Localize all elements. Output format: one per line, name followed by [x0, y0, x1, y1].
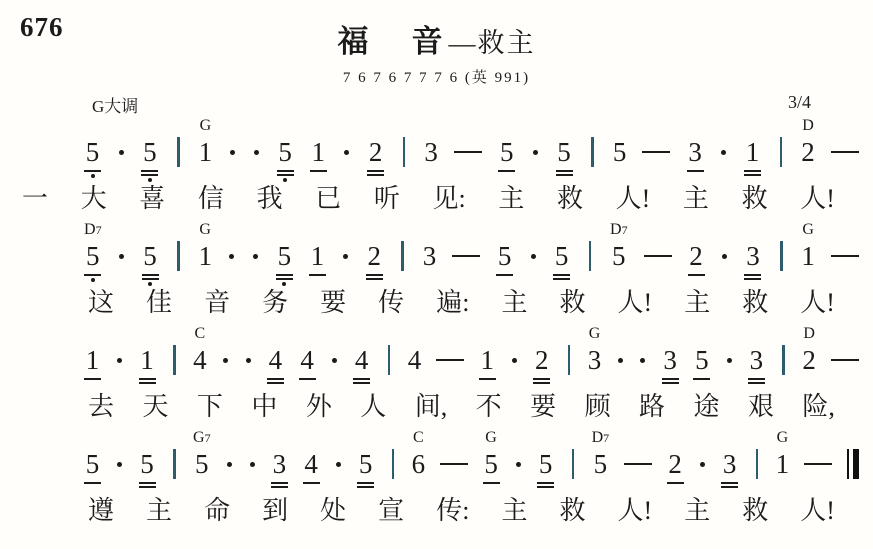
chord-label: G — [802, 220, 814, 240]
duration-underline — [556, 174, 573, 176]
lyric-syllable: 主 — [683, 182, 709, 216]
note-digit: 3 — [273, 451, 287, 478]
note-digit: 1 — [86, 347, 100, 374]
extension-dash — [831, 220, 859, 286]
lyric-syllable: 务 — [262, 286, 288, 320]
chord-label: G — [199, 220, 211, 240]
extension-dash — [440, 428, 468, 494]
barline — [399, 220, 407, 286]
note: C6 — [412, 428, 426, 494]
augmentation-dot — [244, 324, 252, 390]
duration-underline — [662, 382, 679, 384]
note: 5 — [139, 428, 156, 494]
duration-underline — [271, 482, 288, 484]
note: G1 — [198, 220, 212, 286]
note-digit: 1 — [746, 139, 760, 166]
note: 1 — [84, 324, 101, 390]
duration-underline — [367, 174, 384, 176]
barline — [753, 428, 761, 494]
note: 1 — [479, 324, 496, 390]
note-digit: 5 — [484, 451, 498, 478]
duration-underline — [667, 482, 684, 484]
note: 5 — [357, 428, 374, 494]
barline — [586, 220, 594, 286]
lyric-syllable: 救 — [557, 182, 583, 216]
augmentation-dot — [514, 428, 522, 494]
note: 4 — [353, 324, 370, 390]
note: D75 — [610, 220, 628, 286]
note: 1 — [310, 116, 327, 182]
note: 5 — [498, 116, 515, 182]
duration-underline — [142, 278, 159, 280]
lyric-syllable: 主 — [501, 494, 527, 528]
lyric-syllable: 主 — [146, 494, 172, 528]
duration-underline — [267, 378, 284, 380]
duration-underline — [141, 174, 158, 176]
lyric-syllable: 救 — [559, 286, 585, 320]
score: 55G1512355531D2 一大喜信我已听见:主救人!主救人! D755G1… — [0, 116, 873, 532]
barline — [170, 428, 178, 494]
lyric-syllable: 要 — [530, 390, 556, 424]
duration-underline — [744, 278, 761, 280]
hymn-page: 676 福 音—救主 7 6 7 6 7 7 7 6 (英 991) G大调 3… — [0, 0, 873, 549]
duration-underline — [553, 274, 570, 276]
note-digit: 1 — [480, 347, 494, 374]
lyric-syllable: 顾 — [585, 390, 611, 424]
note: 3 — [687, 116, 704, 182]
note-digit: 2 — [535, 347, 549, 374]
note-digit: 5 — [86, 243, 100, 270]
lyric-syllable: 命 — [204, 494, 230, 528]
note: 5 — [277, 116, 294, 182]
note-digit: 3 — [423, 243, 437, 270]
duration-underline — [139, 482, 156, 484]
lyrics-line-1: 一大喜信我已听见:主救人!主救人! — [0, 182, 873, 220]
duration-underline — [139, 382, 156, 384]
music-line-4: 55G75345C6G55D7523G1 — [0, 428, 873, 494]
note: 5 — [556, 116, 573, 182]
barline — [780, 324, 788, 390]
lyric-syllable: 喜 — [139, 182, 165, 216]
duration-underline — [479, 378, 496, 380]
note: 3 — [748, 324, 765, 390]
extension-dash — [642, 116, 670, 182]
music-line-3: 11C4444412G3353D2 — [0, 324, 873, 390]
duration-underline — [303, 482, 320, 484]
note: 5 — [496, 220, 513, 286]
augmentation-dot — [228, 116, 236, 182]
final-barline — [847, 428, 859, 494]
lyric-syllable: 救 — [742, 286, 768, 320]
lyrics-line-2: 这佳音务要传遍:主救人!主救人! — [0, 286, 873, 324]
duration-underline — [553, 278, 570, 280]
note-digit: 5 — [195, 451, 209, 478]
augmentation-dot — [221, 324, 229, 390]
note: G1 — [776, 428, 790, 494]
duration-underline — [367, 170, 384, 172]
lyric-syllable: 救 — [742, 494, 768, 528]
chord-label: G — [200, 116, 212, 136]
note: 3 — [662, 324, 679, 390]
lyric-syllable: 人! — [800, 182, 835, 216]
lyric-syllable: 这 — [88, 286, 114, 320]
note: 3 — [721, 428, 738, 494]
duration-underline — [353, 378, 370, 380]
barline — [565, 324, 573, 390]
augmentation-dot — [116, 324, 124, 390]
note: 1 — [309, 220, 326, 286]
chord-label: D — [802, 116, 814, 136]
lyric-syllable: 已 — [315, 182, 341, 216]
augmentation-dot — [343, 116, 351, 182]
note: G75 — [193, 428, 211, 494]
duration-underline — [277, 170, 294, 172]
duration-underline — [142, 274, 159, 276]
chord-label: C — [413, 428, 424, 448]
note-digit: 2 — [802, 347, 816, 374]
augmentation-dot — [720, 220, 728, 286]
lyric-syllable: 遍: — [436, 286, 469, 320]
note-digit: 3 — [750, 347, 764, 374]
duration-underline — [744, 174, 761, 176]
note: G1 — [801, 220, 815, 286]
duration-underline — [687, 170, 704, 172]
lyric-syllable: 中 — [251, 390, 277, 424]
meter-numbers: 7 6 7 6 7 7 7 6 (英 991) — [0, 66, 873, 90]
note-digit: 5 — [500, 139, 514, 166]
note-digit: 1 — [198, 243, 212, 270]
duration-underline — [366, 274, 383, 276]
note: 5 — [537, 428, 554, 494]
chord-label: G7 — [193, 428, 211, 448]
duration-underline — [84, 170, 101, 172]
augmentation-dot — [510, 324, 518, 390]
extension-dash — [804, 428, 832, 494]
duration-underline — [84, 378, 101, 380]
augmentation-dot — [698, 428, 706, 494]
extension-dash — [452, 220, 480, 286]
lyric-syllable: 人! — [618, 286, 653, 320]
lyric-syllable: 主 — [498, 182, 524, 216]
hymn-number: 676 — [20, 12, 64, 43]
note-digit: 5 — [557, 139, 571, 166]
note-digit: 5 — [278, 139, 292, 166]
lyric-syllable: 人! — [616, 182, 651, 216]
extension-dash — [644, 220, 672, 286]
note: D75 — [84, 220, 102, 286]
note-digit: 5 — [143, 139, 157, 166]
augmentation-dot — [342, 220, 350, 286]
chord-label: G — [589, 324, 601, 344]
note-digit: 5 — [359, 451, 373, 478]
hymn-title-subtitle: —救主 — [449, 28, 536, 58]
lyric-syllable: 要 — [320, 286, 346, 320]
lyric-syllable: 主 — [684, 286, 710, 320]
note: D2 — [802, 324, 816, 390]
low-octave-dot — [91, 278, 95, 282]
lyric-syllable: 主 — [684, 494, 710, 528]
duration-underline — [744, 274, 761, 276]
note-digit: 3 — [663, 347, 677, 374]
note-digit: 4 — [269, 347, 283, 374]
lyric-syllable: 不 — [476, 390, 502, 424]
duration-underline — [496, 274, 513, 276]
note: 4 — [299, 324, 316, 390]
header: 676 福 音—救主 — [0, 10, 873, 58]
extension-dash — [436, 324, 464, 390]
chord-label: D — [803, 324, 815, 344]
lyric-syllable: 途 — [693, 390, 719, 424]
lyric-syllable: 去 — [88, 390, 114, 424]
augmentation-dot — [252, 116, 260, 182]
lyric-syllable: 宣 — [378, 494, 404, 528]
lyric-syllable: 大 — [81, 182, 107, 216]
lyric-syllable: 外 — [306, 390, 332, 424]
note-digit: 2 — [369, 139, 383, 166]
note-digit: 5 — [594, 451, 608, 478]
note: D2 — [801, 116, 815, 182]
augmentation-dot — [116, 428, 124, 494]
lyric-syllable: 到 — [262, 494, 288, 528]
note: 5 — [84, 428, 101, 494]
note-digit: 5 — [539, 451, 553, 478]
duration-underline — [276, 278, 293, 280]
note: 5 — [693, 324, 710, 390]
note-digit: 3 — [424, 139, 438, 166]
lyric-syllable: 一 — [22, 182, 48, 216]
duration-underline — [748, 378, 765, 380]
duration-underline — [662, 378, 679, 380]
barline — [174, 116, 182, 182]
note: G1 — [199, 116, 213, 182]
barline — [569, 428, 577, 494]
duration-underline — [84, 274, 101, 276]
augmentation-dot — [118, 220, 126, 286]
barline — [400, 116, 408, 182]
duration-underline — [299, 378, 316, 380]
lyric-syllable: 人! — [800, 286, 835, 320]
duration-underline — [537, 482, 554, 484]
augmentation-dot — [720, 116, 728, 182]
note: 3 — [744, 220, 761, 286]
duration-underline — [721, 486, 738, 488]
chord-label: D7 — [610, 220, 628, 240]
duration-underline — [533, 382, 550, 384]
duration-underline — [84, 482, 101, 484]
note: G5 — [483, 428, 500, 494]
lyrics-line-3: 去天下中外人间,不要顾路途艰险, — [0, 390, 873, 428]
extension-dash — [831, 116, 859, 182]
key-signature: G大调 — [92, 92, 138, 117]
note: 5 — [141, 116, 158, 182]
lyric-syllable: 人! — [618, 494, 653, 528]
note: 2 — [688, 220, 705, 286]
lyric-syllable: 传 — [378, 286, 404, 320]
lyric-syllable: 听 — [374, 182, 400, 216]
note-digit: 5 — [498, 243, 512, 270]
note-digit: 5 — [555, 243, 569, 270]
lyric-syllable: 遵 — [88, 494, 114, 528]
note-digit: 4 — [300, 347, 314, 374]
duration-underline — [366, 278, 383, 280]
note-digit: 5 — [695, 347, 709, 374]
augmentation-dot — [639, 324, 647, 390]
duration-underline — [353, 382, 370, 384]
note-digit: 5 — [613, 139, 627, 166]
chord-label: D7 — [592, 428, 610, 448]
note: 5 — [84, 116, 101, 182]
extension-dash — [831, 324, 859, 390]
lyric-syllable: 信 — [198, 182, 224, 216]
lyric-syllable: 人! — [800, 494, 835, 528]
music-line-1: 55G1512355531D2 — [0, 116, 873, 182]
note: G3 — [588, 324, 602, 390]
lyric-syllable: 我 — [257, 182, 283, 216]
augmentation-dot — [248, 428, 256, 494]
note: 5 — [142, 220, 159, 286]
duration-underline — [748, 382, 765, 384]
note: 4 — [267, 324, 284, 390]
duration-underline — [498, 170, 515, 172]
lyric-syllable: 险, — [802, 390, 835, 424]
chord-label: D7 — [84, 220, 102, 240]
note-digit: 1 — [311, 243, 325, 270]
lyric-syllable: 主 — [501, 286, 527, 320]
barline — [589, 116, 597, 182]
barline — [389, 428, 397, 494]
lyrics-line-4: 遵主命到处宣传:主救人!主救人! — [0, 494, 873, 532]
barline — [170, 324, 178, 390]
note-digit: 5 — [143, 243, 157, 270]
duration-underline — [721, 482, 738, 484]
duration-underline — [139, 486, 156, 488]
low-octave-dot — [91, 174, 95, 178]
augmentation-dot — [531, 116, 539, 182]
note-digit: 2 — [668, 451, 682, 478]
extension-dash — [454, 116, 482, 182]
note-digit: 1 — [199, 139, 213, 166]
time-signature: 3/4 — [788, 92, 811, 113]
low-octave-dot — [283, 178, 287, 182]
augmentation-dot — [725, 324, 733, 390]
note: 2 — [366, 220, 383, 286]
note-digit: 6 — [412, 451, 426, 478]
note: 5 — [553, 220, 570, 286]
note: 4 — [408, 324, 422, 390]
lyric-syllable: 下 — [197, 390, 223, 424]
note: 3 — [423, 220, 437, 286]
note-digit: 4 — [355, 347, 369, 374]
duration-underline — [271, 486, 288, 488]
note: 1 — [744, 116, 761, 182]
duration-underline — [357, 482, 374, 484]
duration-underline — [744, 170, 761, 172]
note: D75 — [592, 428, 610, 494]
lyric-syllable: 处 — [320, 494, 346, 528]
note: 2 — [667, 428, 684, 494]
note: 3 — [424, 116, 438, 182]
barline — [174, 220, 182, 286]
extension-dash — [624, 428, 652, 494]
lyric-syllable: 传: — [436, 494, 469, 528]
note-digit: 1 — [312, 139, 326, 166]
duration-underline — [310, 170, 327, 172]
chord-label: G — [485, 428, 497, 448]
lyric-syllable: 人 — [360, 390, 386, 424]
note-digit: 5 — [278, 243, 292, 270]
duration-underline — [537, 486, 554, 488]
note: 2 — [367, 116, 384, 182]
duration-underline — [277, 174, 294, 176]
note-digit: 2 — [368, 243, 382, 270]
augmentation-dot — [252, 220, 260, 286]
note-digit: 1 — [801, 243, 815, 270]
note: 5 — [613, 116, 627, 182]
lyric-syllable: 救 — [742, 182, 768, 216]
lyric-syllable: 音 — [204, 286, 230, 320]
note-digit: 1 — [140, 347, 154, 374]
duration-underline — [276, 274, 293, 276]
duration-underline — [139, 378, 156, 380]
note: 4 — [303, 428, 320, 494]
chord-label: G — [777, 428, 789, 448]
note-digit: 3 — [588, 347, 602, 374]
augmentation-dot — [225, 428, 233, 494]
augmentation-dot — [616, 324, 624, 390]
note-digit: 3 — [688, 139, 702, 166]
chord-label: C — [194, 324, 205, 344]
hymn-title-main: 福 音 — [338, 24, 449, 59]
lyric-syllable: 艰 — [748, 390, 774, 424]
note-digit: 4 — [193, 347, 207, 374]
note-digit: 1 — [776, 451, 790, 478]
note: 5 — [276, 220, 293, 286]
augmentation-dot — [330, 324, 338, 390]
note-digit: 5 — [86, 139, 100, 166]
hymn-title: 福 音—救主 — [0, 10, 873, 61]
note-digit: 3 — [746, 243, 760, 270]
note: C4 — [193, 324, 207, 390]
note-digit: 5 — [140, 451, 154, 478]
duration-underline — [309, 274, 326, 276]
lyric-syllable: 间, — [415, 390, 448, 424]
lyric-syllable: 路 — [639, 390, 665, 424]
barline — [385, 324, 393, 390]
augmentation-dot — [117, 116, 125, 182]
duration-underline — [483, 482, 500, 484]
note-digit: 4 — [408, 347, 422, 374]
barline — [777, 116, 785, 182]
note-digit: 2 — [689, 243, 703, 270]
lyric-syllable: 佳 — [146, 286, 172, 320]
duration-underline — [688, 274, 705, 276]
duration-underline — [693, 378, 710, 380]
note-digit: 3 — [723, 451, 737, 478]
duration-underline — [267, 382, 284, 384]
augmentation-dot — [334, 428, 342, 494]
note-digit: 5 — [612, 243, 626, 270]
duration-underline — [556, 170, 573, 172]
duration-underline — [141, 170, 158, 172]
augmentation-dot — [228, 220, 236, 286]
note: 2 — [533, 324, 550, 390]
duration-underline — [533, 378, 550, 380]
barline — [777, 220, 785, 286]
note: 1 — [139, 324, 156, 390]
music-line-2: D755G1512355D7523G1 — [0, 220, 873, 286]
lyric-syllable: 见: — [432, 182, 465, 216]
note: 3 — [271, 428, 288, 494]
